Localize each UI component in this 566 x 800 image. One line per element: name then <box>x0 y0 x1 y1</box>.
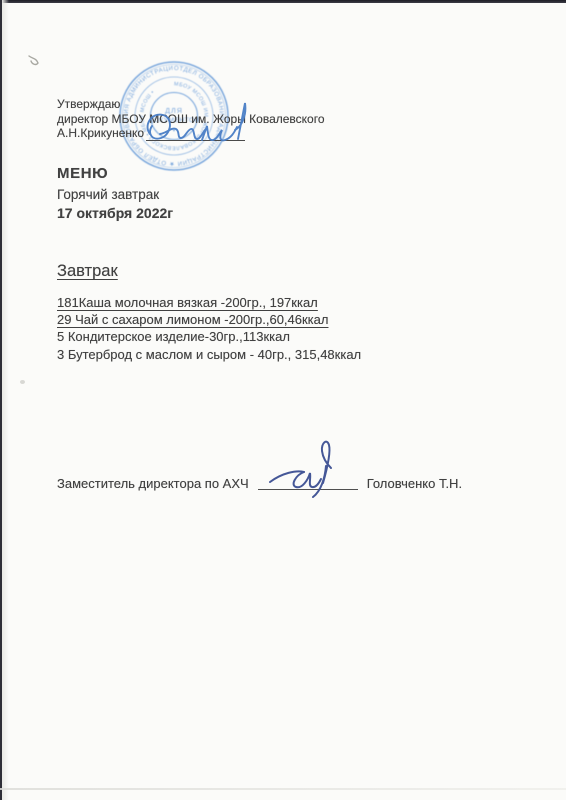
menu-item-list: 181Каша молочная вязкая -200гр., 197ккал… <box>57 294 361 363</box>
deputy-director-label: Заместитель директора по АХЧ <box>57 476 249 491</box>
menu-title: МЕНЮ <box>57 165 173 182</box>
menu-subtitle: Горячий завтрак <box>57 187 173 202</box>
paper-speck <box>20 380 25 384</box>
menu-header: МЕНЮ Горячий завтрак 17 октября 2022г <box>57 165 173 221</box>
scanned-menu-document: ОТДЕЛ ОБРАЗОВАНИЯ АДМИНИСТРАЦИИ ★ ОТДЕЛ … <box>0 0 566 800</box>
deputy-director-name: Головченко Т.Н. <box>367 476 462 491</box>
scan-edge-bottom <box>0 788 566 790</box>
scan-edge-top <box>0 0 566 3</box>
menu-item: 181Каша молочная вязкая -200гр., 197ккал <box>57 294 361 311</box>
footer-signature-row: Заместитель директора по АХЧ Головченко … <box>57 476 462 491</box>
director-name: А.Н.Крикуненко <box>57 126 144 141</box>
paper-smudge-icon <box>26 53 42 69</box>
deputy-signature-icon <box>264 436 354 498</box>
scan-edge-left-shadow <box>2 0 9 800</box>
menu-item: 5 Кондитерское изделие-30гр.,113ккал <box>57 328 361 345</box>
menu-item: 29 Чай с сахаром лимоном -200гр.,60,46кк… <box>57 311 361 328</box>
menu-date: 17 октября 2022г <box>57 205 173 221</box>
section-heading: Завтрак <box>57 262 118 281</box>
menu-item: 3 Бутерброд с маслом и сыром - 40гр., 31… <box>57 346 361 363</box>
director-signature-icon <box>136 90 261 152</box>
